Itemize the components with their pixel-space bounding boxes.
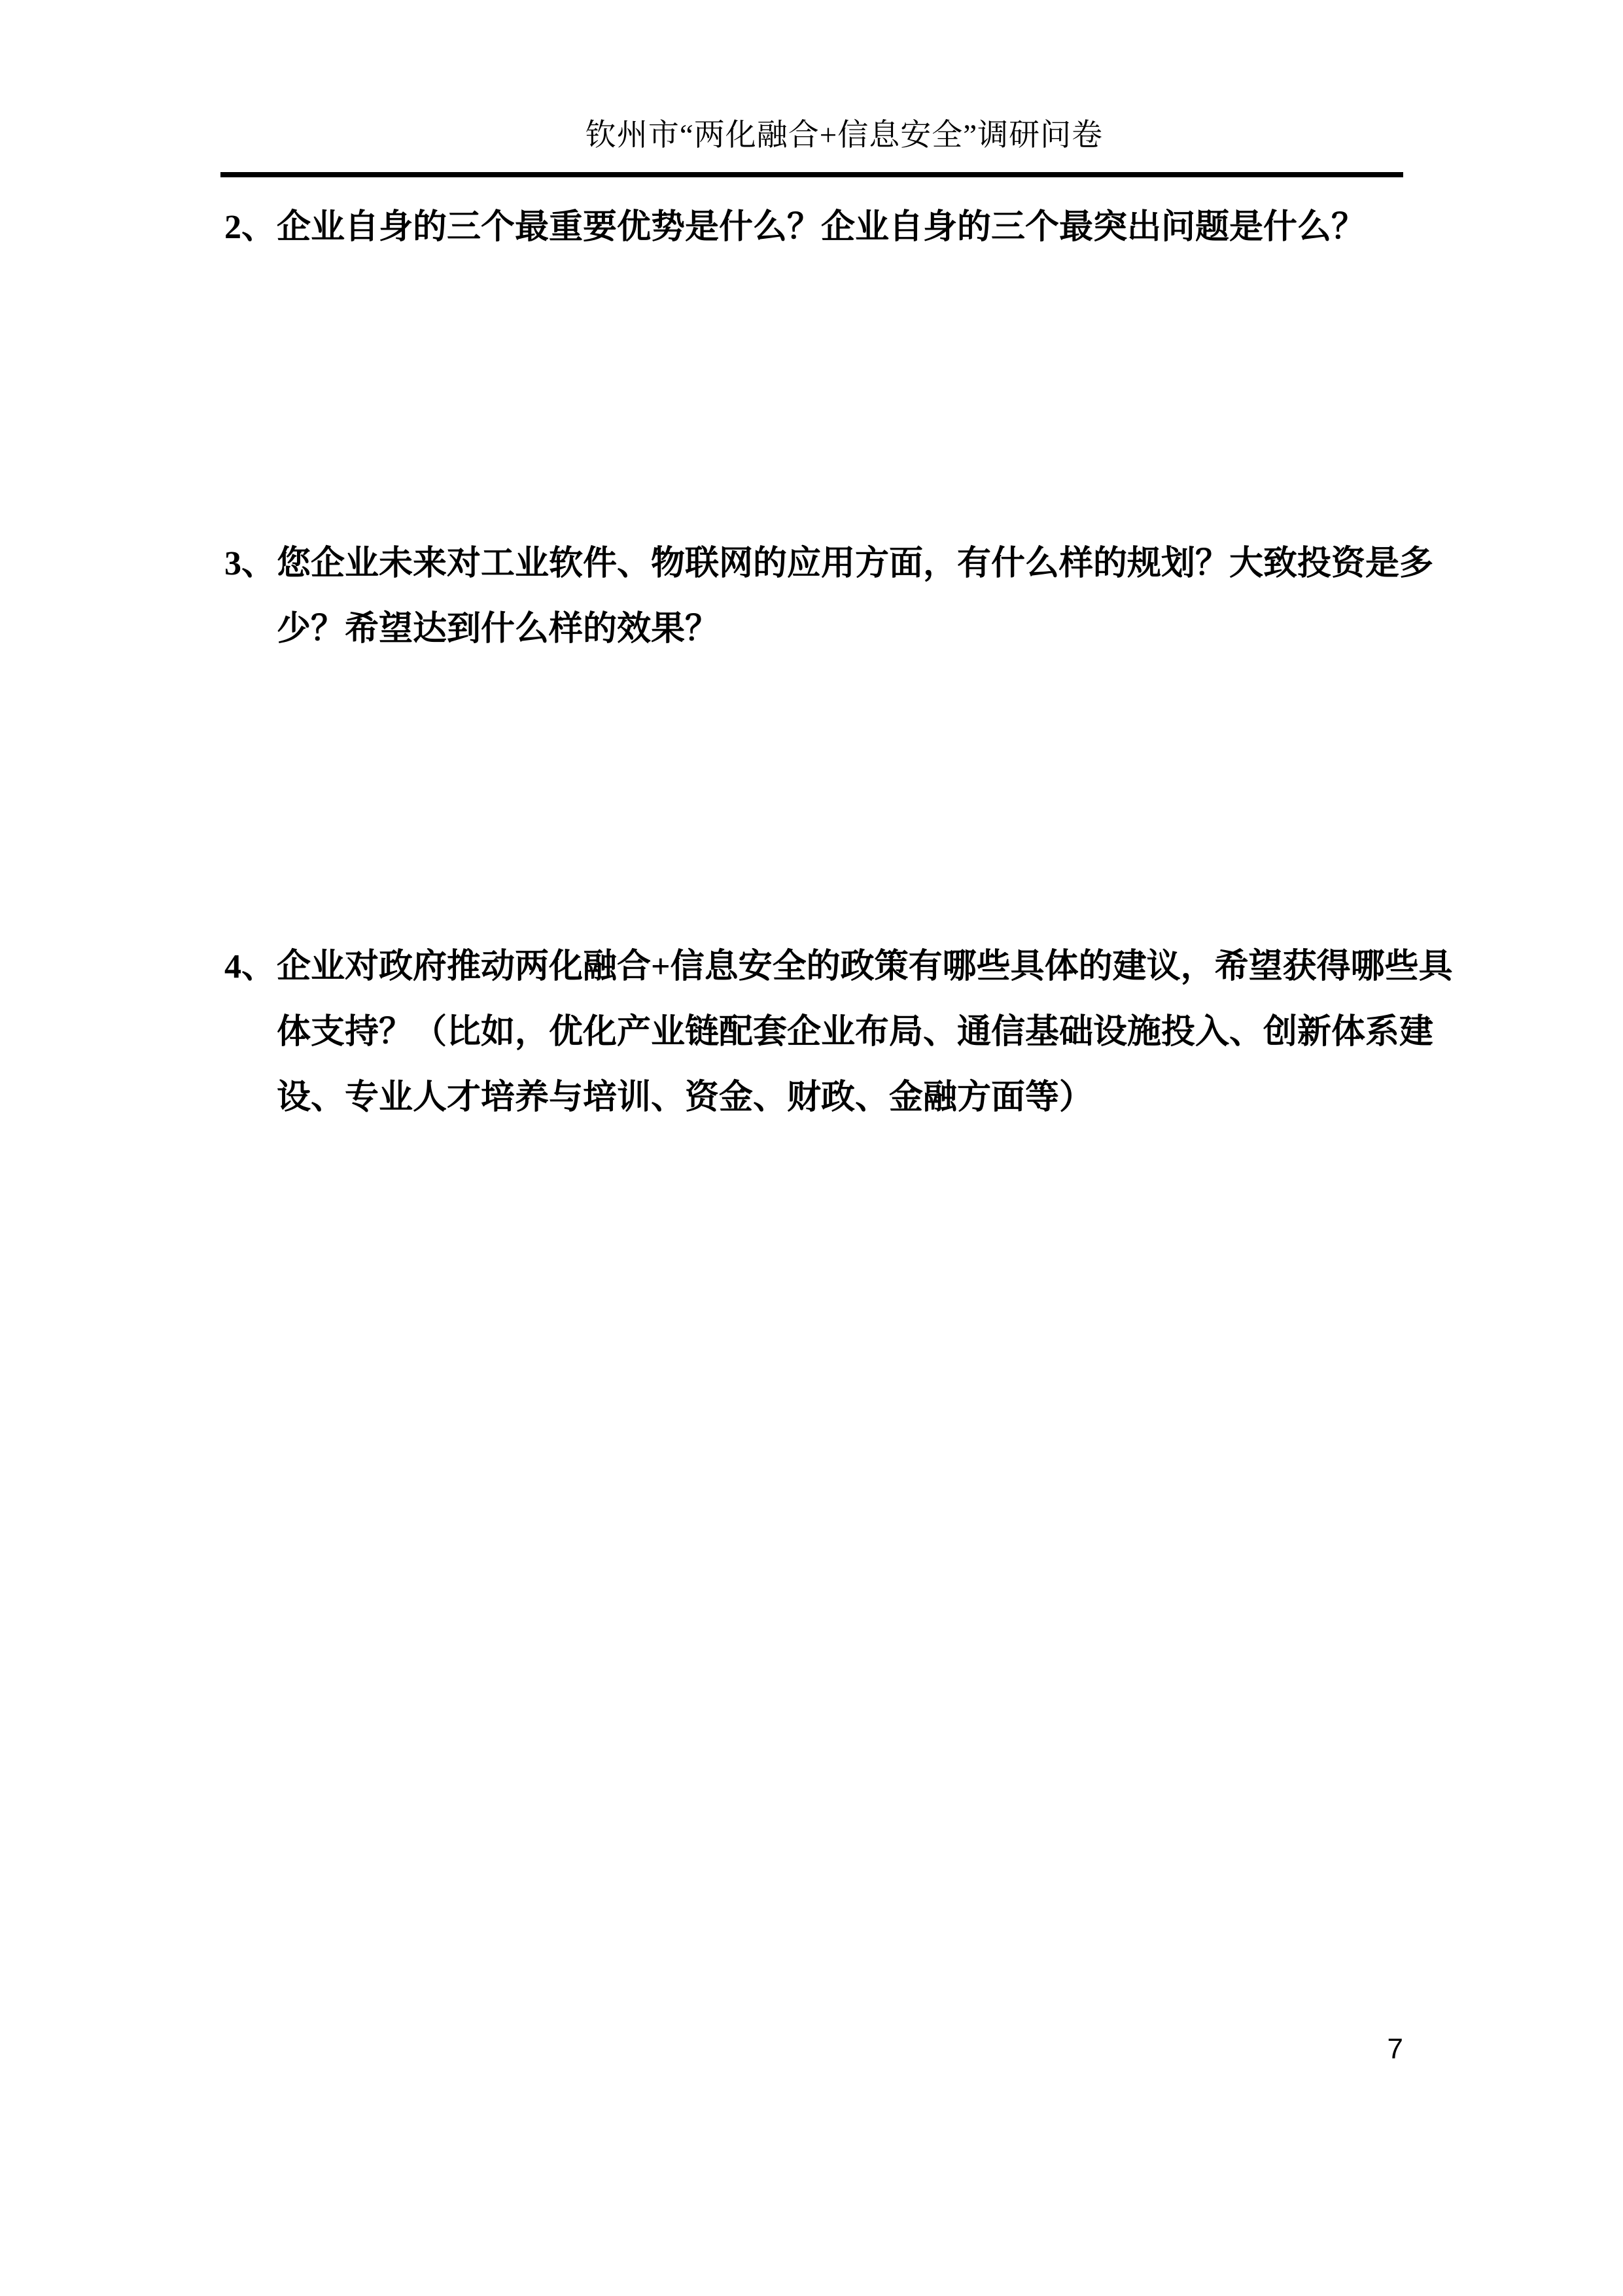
question-4-number: 4、: [224, 934, 277, 1131]
question-3-text-line: 您企业未来对工业软件、物联网的应用方面，有什么样的规划？大致投资是多: [277, 531, 1403, 597]
answer-space-question-2: [224, 262, 1403, 523]
question-4-text-line: 体支持？（比如，优化产业链配套企业布局、通信基础设施投入、创新体系建: [277, 1000, 1403, 1065]
question-2-number: 2、: [224, 195, 277, 260]
question-4-text-line: 设、专业人才培养与培训、资金、财政、金融方面等）: [277, 1065, 1403, 1131]
question-2-body: 企业自身的三个最重要优势是什么？企业自身的三个最突出问题是什么？: [277, 195, 1403, 260]
question-2: 2、 企业自身的三个最重要优势是什么？企业自身的三个最突出问题是什么？: [224, 195, 1403, 260]
question-3-number: 3、: [224, 531, 277, 662]
answer-space-question-4: [224, 1152, 1403, 1413]
question-3: 3、 您企业未来对工业软件、物联网的应用方面，有什么样的规划？大致投资是多 少？…: [224, 531, 1403, 662]
question-3-text-line: 少？希望达到什么样的效果？: [277, 597, 1403, 662]
question-4-text-line: 企业对政府推动两化融合+信息安全的政策有哪些具体的建议，希望获得哪些具: [277, 934, 1403, 1000]
question-3-body: 您企业未来对工业软件、物联网的应用方面，有什么样的规划？大致投资是多 少？希望达…: [277, 531, 1403, 662]
question-4: 4、 企业对政府推动两化融合+信息安全的政策有哪些具体的建议，希望获得哪些具 体…: [224, 934, 1403, 1131]
document-page: 钦州市“两化融合+信息安全”调研问卷 2、 企业自身的三个最重要优势是什么？企业…: [0, 0, 1623, 2296]
header-rule: [220, 172, 1403, 177]
answer-space-question-3: [224, 661, 1403, 923]
question-4-body: 企业对政府推动两化融合+信息安全的政策有哪些具体的建议，希望获得哪些具 体支持？…: [277, 934, 1403, 1131]
question-2-text-line: 企业自身的三个最重要优势是什么？企业自身的三个最突出问题是什么？: [277, 195, 1403, 260]
page-header-title: 钦州市“两化融合+信息安全”调研问卷: [65, 117, 1623, 154]
page-number: 7: [1387, 2034, 1403, 2065]
